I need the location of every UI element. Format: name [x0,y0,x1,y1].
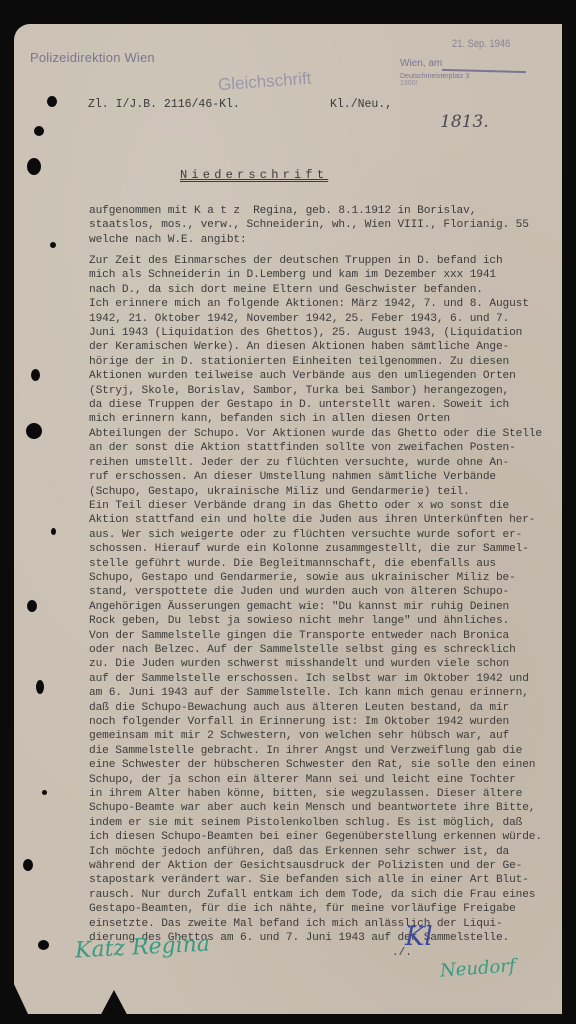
deponent-details: aufgenommen mit K a t z Regina, geb. 8.1… [89,204,559,247]
letterhead-stamp: Polizeidirektion Wien [30,50,155,65]
handwritten-number: 1813. [440,112,489,132]
document-title: Niederschrift [180,168,328,182]
place-stamp: Wien, am Deutschmeisterplatz 3 1300/ [400,58,469,87]
punch-hole [26,423,42,439]
punch-hole [36,680,44,694]
date-stamp: 21. Sep. 1946 [452,38,510,50]
file-reference: Zl. I/J.B. 2116/46-Kl. [88,98,240,111]
punch-hole [38,940,49,950]
punch-hole [23,859,33,871]
stamp-address: Deutschmeisterplatz 3 [400,73,469,80]
scan-border [562,0,576,1024]
testimony-body: Zur Zeit des Einmarsches der deutschen T… [89,254,559,946]
punch-hole [27,158,41,175]
clerk-reference: Kl./Neu., [330,98,392,111]
punch-hole [50,242,56,248]
punch-hole [34,126,44,136]
paper-tear [98,990,130,1020]
place-label: Wien, am [400,58,469,69]
punch-hole [27,600,37,612]
punch-hole [47,96,57,107]
punch-hole [31,369,40,381]
stamp-code: 1300/ [400,80,469,87]
punch-hole [42,790,47,795]
punch-hole [51,528,56,535]
initials-signature: Kl [405,922,433,952]
